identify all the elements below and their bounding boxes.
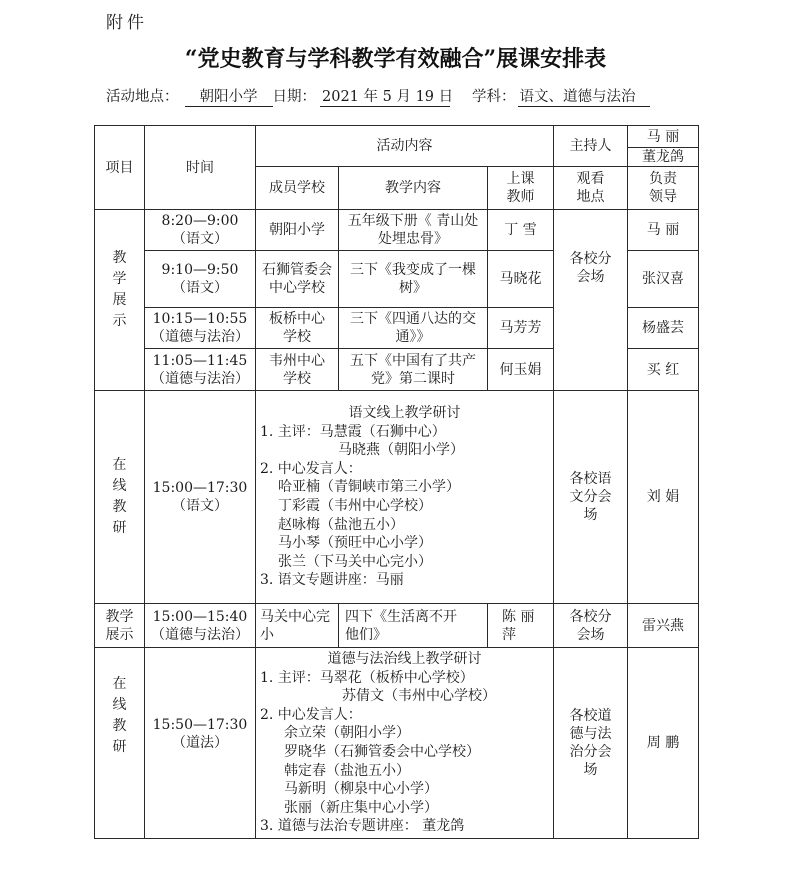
table-row: 在线教研 15:00—17:30（语文） 语文线上教学研讨 1. 主评：马慧霞（… [95, 391, 699, 604]
teacher-cell: 马芳芳 [488, 308, 554, 349]
header-venue: 观看地点 [554, 167, 628, 210]
header-leader: 负责领导 [628, 167, 699, 210]
location-label: 活动地点： [106, 85, 179, 106]
content-cell: 三下《四通八达的交通》》 [339, 308, 488, 349]
leader-cell: 刘 娟 [628, 391, 699, 604]
school-cell: 朝阳小学 [256, 210, 339, 251]
school-cell: 韦州中心学校 [256, 349, 339, 391]
location-value: 朝阳小学 [185, 88, 273, 107]
leader-cell: 张汉喜 [628, 251, 699, 308]
header-host-name-2: 董龙鸽 [628, 148, 699, 167]
header-host: 主持人 [554, 126, 628, 167]
section-item: 教学展示 [95, 210, 145, 391]
header-activity: 活动内容 [256, 126, 554, 167]
research-content: 语文线上教学研讨 1. 主评：马慧霞（石狮中心） 马晓燕（朝阳小学） 2. 中心… [256, 391, 554, 604]
header-teacher: 上课教师 [488, 167, 554, 210]
time-cell: 9:10—9:50（语文） [145, 251, 256, 308]
leader-cell: 买 红 [628, 349, 699, 391]
teacher-cell: 丁 雪 [488, 210, 554, 251]
table-row: 教学展示 15:00—15:40（道德与法治） 马关中心完小 四下《生活离不开他… [95, 604, 699, 648]
venue-cell: 各校分会场 [554, 604, 628, 648]
venue-cell: 各校语文分会场 [554, 391, 628, 604]
table-row: 教学展示 8:20—9:00（语文） 朝阳小学 五年级下册《 青山处处埋忠骨》 … [95, 210, 699, 251]
header-time: 时间 [145, 126, 256, 210]
time-cell: 11:05—11:45（道德与法治） [145, 349, 256, 391]
leader-cell: 雷兴燕 [628, 604, 699, 648]
section-item: 教学展示 [95, 604, 145, 648]
leader-cell: 杨盛芸 [628, 308, 699, 349]
header-content: 教学内容 [339, 167, 488, 210]
school-cell: 马关中心完小 [256, 604, 339, 648]
content-cell: 五年级下册《 青山处处埋忠骨》 [339, 210, 488, 251]
teacher-cell: 马晓花 [488, 251, 554, 308]
teacher-cell: 何玉娟 [488, 349, 554, 391]
school-cell: 板桥中心学校 [256, 308, 339, 349]
leader-cell: 周 鹏 [628, 648, 699, 839]
schedule-table: 项目 时间 活动内容 主持人 马 丽 董龙鸽 成员学校 教学内容 上课教师 观看… [94, 125, 699, 839]
header-host-name-1: 马 丽 [628, 126, 699, 148]
attachment-label: 附件 [106, 8, 148, 33]
teacher-cell: 陈 丽 萍 [488, 604, 554, 648]
subject-label: 学科： [472, 85, 516, 106]
content-cell: 四下《生活离不开他们》 [339, 604, 488, 648]
content-cell: 五下《中国有了共产党》第二课时 [339, 349, 488, 391]
header-item: 项目 [95, 126, 145, 210]
research-content: 道德与法治线上教学研讨 1. 主评：马翠花（板桥中心学校） 苏倩文（韦州中心学校… [256, 648, 554, 839]
time-cell: 10:15—10:55（道德与法治） [145, 308, 256, 349]
time-cell: 15:50—17:30（道法） [145, 648, 256, 839]
section-item: 在线教研 [95, 648, 145, 839]
date-label: 日期： [273, 85, 317, 106]
meta-line: 活动地点：朝阳小学日期：2021 年 5 月 19 日学科：语文、道德与法治 [106, 85, 650, 107]
header-school: 成员学校 [256, 167, 339, 210]
page-title: “党史教育与学科教学有效融合”展课安排表 [0, 42, 791, 73]
content-cell: 三下《我变成了一棵树》 [339, 251, 488, 308]
subject-value: 语文、道德与法治 [518, 88, 650, 107]
table-row: 在线教研 15:50—17:30（道法） 道德与法治线上教学研讨 1. 主评：马… [95, 648, 699, 839]
venue-cell: 各校道德与法治分会场 [554, 648, 628, 839]
leader-cell: 马 丽 [628, 210, 699, 251]
time-cell: 15:00—15:40（道德与法治） [145, 604, 256, 648]
section-item: 在线教研 [95, 391, 145, 604]
time-cell: 8:20—9:00（语文） [145, 210, 256, 251]
school-cell: 石狮管委会中心学校 [256, 251, 339, 308]
venue-cell: 各校分会场 [554, 210, 628, 391]
date-value: 2021 年 5 月 19 日 [320, 88, 450, 107]
time-cell: 15:00—17:30（语文） [145, 391, 256, 604]
